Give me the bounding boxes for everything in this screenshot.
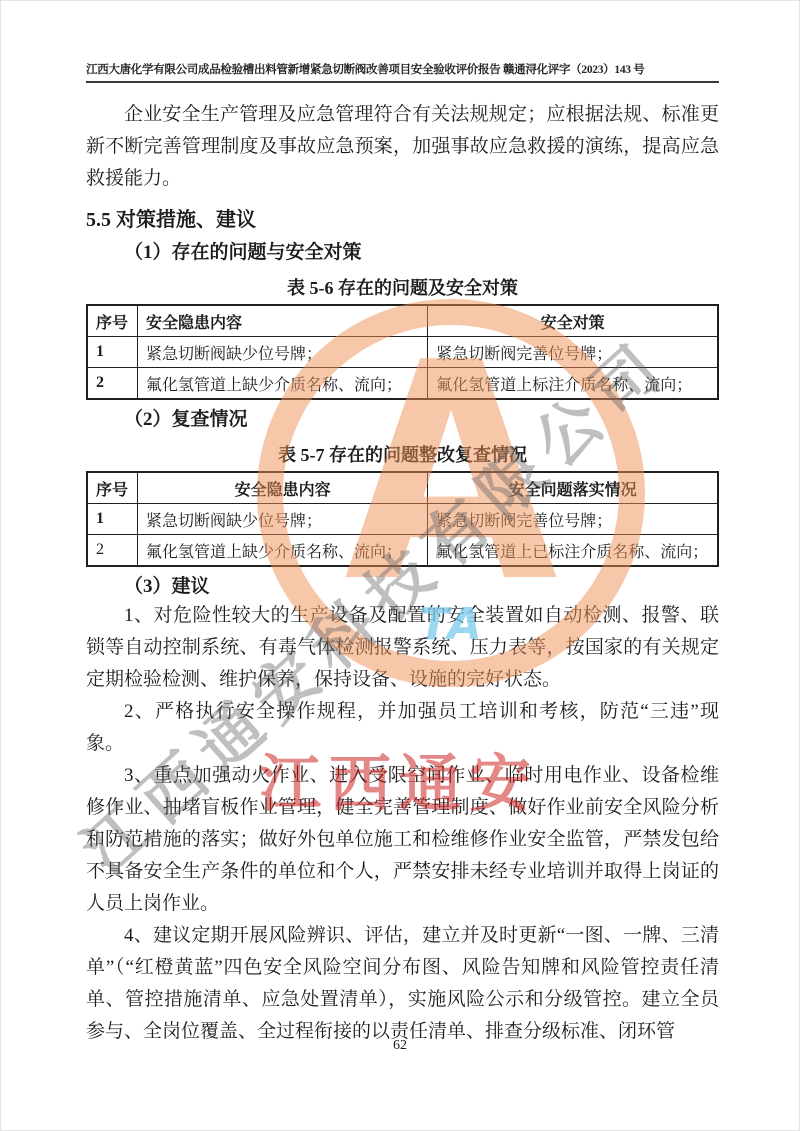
table-5-6-row1-measure: 紧急切断阀完善位号牌； — [428, 337, 718, 368]
subsection-3-title: （3）建议 — [86, 574, 719, 600]
table-5-7-header-hazard: 安全隐患内容 — [137, 472, 427, 504]
table-5-7-row1-status: 紧急切断阀完善位号牌； — [428, 504, 718, 535]
suggestion-2: 2、严格执行安全操作规程，并加强员工培训和考核，防范“三违”现象。 — [86, 696, 719, 760]
table-5-6-row2-hazard: 氟化氢管道上缺少介质名称、流向； — [137, 368, 427, 400]
intro-paragraph: 企业安全生产管理及应急管理符合有关法规规定；应根据法规、标准更新不断完善管理制度… — [86, 99, 719, 195]
suggestion-3: 3、重点加强动火作业、进入受限空间作业、临时用电作业、设备检维修作业、抽堵盲板作… — [86, 760, 719, 920]
table-5-7-row1-index: 1 — [87, 504, 137, 535]
table-5-7-header-status: 安全问题落实情况 — [428, 472, 718, 504]
table-5-6-header-index: 序号 — [87, 305, 137, 337]
document-header: 江西大唐化学有限公司成品检验槽出料管新增紧急切断阀改善项目安全验收评价报告 赣通… — [86, 61, 719, 83]
table-5-7-row1-hazard: 紧急切断阀缺少位号牌； — [137, 504, 427, 535]
table-5-6-row2-measure: 氟化氢管道上标注介质名称、流向； — [428, 368, 718, 400]
subsection-1-title: （1）存在的问题与安全对策 — [86, 240, 719, 266]
table-5-6: 序号 安全隐患内容 安全对策 1 紧急切断阀缺少位号牌； 紧急切断阀完善位号牌；… — [86, 304, 719, 400]
table-5-6-header-hazard: 安全隐患内容 — [137, 305, 427, 337]
table-5-6-row1-hazard: 紧急切断阀缺少位号牌； — [137, 337, 427, 368]
report-page: A TA 江西通安科技有限公司 江西通安 江西大唐化学有限公司成品检验槽出料管新… — [0, 0, 800, 1131]
table-row: 1 紧急切断阀缺少位号牌； 紧急切断阀完善位号牌； — [87, 337, 718, 368]
table-row: 1 紧急切断阀缺少位号牌； 紧急切断阀完善位号牌； — [87, 504, 718, 535]
subsection-2-title: （2）复查情况 — [86, 407, 719, 433]
table-5-6-header-measure: 安全对策 — [428, 305, 718, 337]
table-5-6-caption: 表 5-6 存在的问题及安全对策 — [86, 276, 719, 300]
table-5-7-header-row: 序号 安全隐患内容 安全问题落实情况 — [87, 472, 718, 504]
table-5-7-row2-status: 氟化氢管道上已标注介质名称、流向； — [428, 535, 718, 567]
suggestion-1: 1、对危险性较大的生产设备及配置的安全装置如自动检测、报警、联锁等自动控制系统、… — [86, 600, 719, 696]
page-number: 62 — [1, 1038, 799, 1054]
suggestion-4: 4、建议定期开展风险辨识、评估，建立并及时更新“一图、一牌、三清单”（“红橙黄蓝… — [86, 920, 719, 1048]
table-5-7: 序号 安全隐患内容 安全问题落实情况 1 紧急切断阀缺少位号牌； 紧急切断阀完善… — [86, 471, 719, 567]
table-5-6-row1-index: 1 — [87, 337, 137, 368]
table-row: 2 氟化氢管道上缺少介质名称、流向； 氟化氢管道上已标注介质名称、流向； — [87, 535, 718, 567]
document-content: 江西大唐化学有限公司成品检验槽出料管新增紧急切断阀改善项目安全验收评价报告 赣通… — [86, 61, 719, 1048]
table-5-6-header-row: 序号 安全隐患内容 安全对策 — [87, 305, 718, 337]
section-title-5-5: 5.5 对策措施、建议 — [86, 207, 719, 233]
table-5-7-row2-index: 2 — [87, 535, 137, 567]
table-5-7-header-index: 序号 — [87, 472, 137, 504]
table-5-7-caption: 表 5-7 存在的问题整改复查情况 — [86, 443, 719, 467]
table-row: 2 氟化氢管道上缺少介质名称、流向； 氟化氢管道上标注介质名称、流向； — [87, 368, 718, 400]
table-5-7-row2-hazard: 氟化氢管道上缺少介质名称、流向； — [137, 535, 427, 567]
table-5-6-row2-index: 2 — [87, 368, 137, 400]
